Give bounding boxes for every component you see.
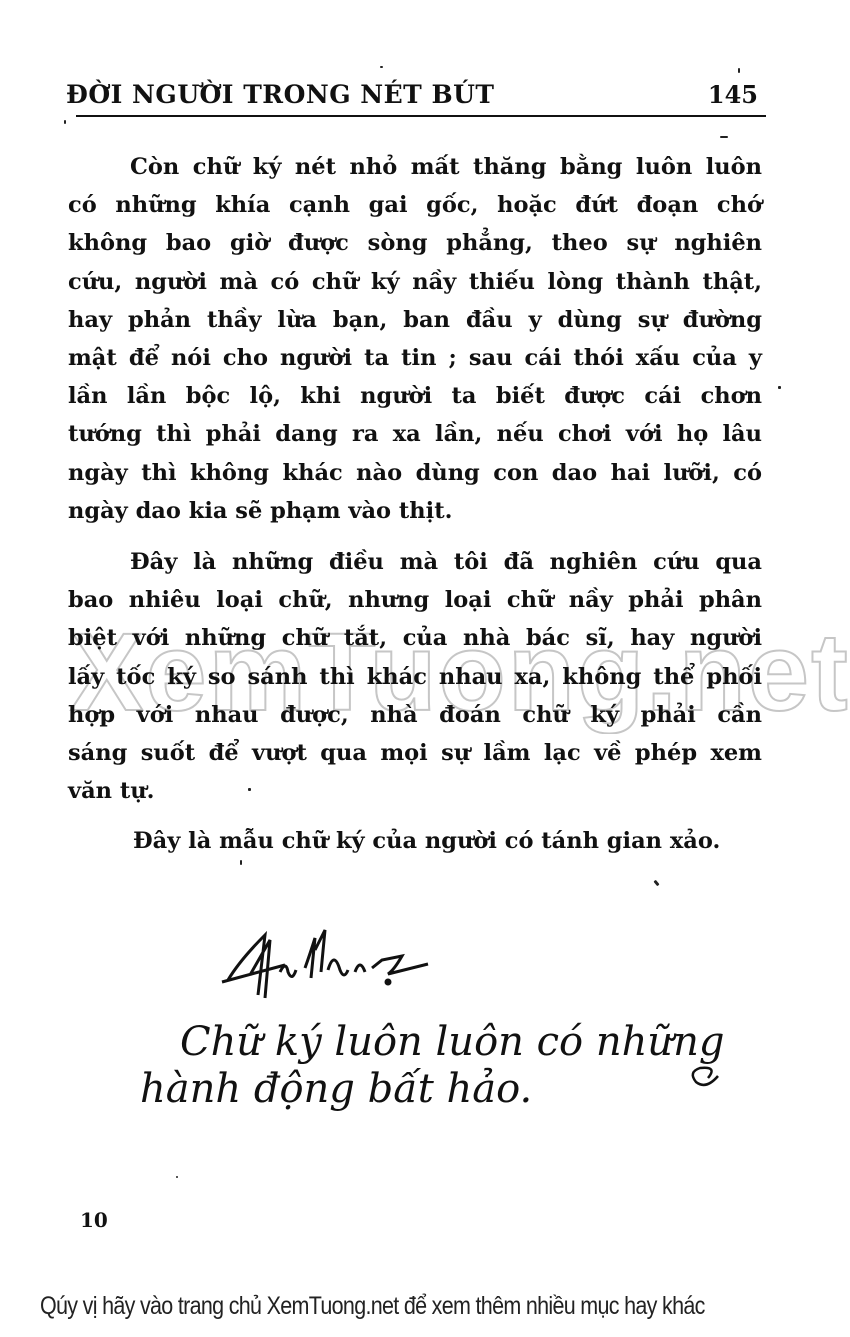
body-text: Còn chữ ký nét nhỏ mất thăng bằng luôn l… bbox=[68, 148, 762, 810]
text-line: sáng suốt để vượt qua mọi sự lầm lạc về … bbox=[68, 734, 762, 772]
text-line: ngày dao kia sẽ phạm vào thịt. bbox=[68, 492, 762, 530]
handwritten-note-line-1: Chữ ký luôn luôn có những bbox=[180, 1019, 724, 1065]
text-line: biệt với những chữ tắt, của nhà bác sĩ, … bbox=[68, 619, 762, 657]
handwriting-illustration: Chữ ký luôn luôn có những hành động bất … bbox=[110, 920, 750, 1130]
text-line: ngày thì không khác nào dùng con dao hai… bbox=[68, 454, 762, 492]
text-line: hay phản thầy lừa bạn, ban đầu y dùng sự… bbox=[68, 301, 762, 339]
folio-mark: 10 bbox=[80, 1208, 108, 1232]
header-rule bbox=[76, 115, 671, 117]
page-number: 145 bbox=[708, 80, 758, 109]
handwritten-note-line-2: hành động bất hảo. bbox=[140, 1066, 532, 1112]
text-line: cứu, người mà có chữ ký nầy thiếu lòng t… bbox=[68, 263, 762, 301]
scan-speck bbox=[248, 788, 251, 791]
text-line: Đây là những điều mà tôi đã nghiên cứu q… bbox=[68, 543, 762, 581]
scan-speck bbox=[240, 860, 242, 865]
scan-speck bbox=[778, 386, 781, 389]
footer-promo-text: Qúy vị hãy vào trang chủ XemTuong.net để… bbox=[40, 1292, 705, 1321]
running-head: ĐỜI NGƯỜI TRONG NÉT BÚT 145 bbox=[66, 80, 762, 116]
text-line: lần lần bộc lộ, khi người ta biết được c… bbox=[68, 377, 762, 415]
scanned-book-page: ĐỜI NGƯỜI TRONG NÉT BÚT 145 XemTuong.net… bbox=[0, 0, 850, 1337]
text-line: tướng thì phải dang ra xa lần, nếu chơi … bbox=[68, 415, 762, 453]
text-line: văn tự. bbox=[68, 772, 762, 810]
header-rule-right bbox=[656, 115, 766, 117]
text-line: không bao giờ được sòng phẳng, theo sự n… bbox=[68, 224, 762, 262]
handwritten-signature-sample: Chữ ký luôn luôn có những hành động bất … bbox=[110, 920, 750, 1130]
paragraph-1: Còn chữ ký nét nhỏ mất thăng bằng luôn l… bbox=[68, 148, 762, 530]
text-line: mật để nói cho người ta tin ; sau cái th… bbox=[68, 339, 762, 377]
text-line: lấy tốc ký so sánh thì khác nhau xa, khô… bbox=[68, 658, 762, 696]
scan-speck bbox=[176, 1176, 178, 1178]
scan-speck bbox=[738, 68, 740, 73]
text-line: bao nhiêu loại chữ, nhưng loại chữ nầy p… bbox=[68, 581, 762, 619]
book-title: ĐỜI NGƯỜI TRONG NÉT BÚT bbox=[66, 80, 495, 109]
text-line: Còn chữ ký nét nhỏ mất thăng bằng luôn l… bbox=[68, 148, 762, 186]
scan-speck bbox=[380, 66, 383, 68]
text-line: có những khía cạnh gai gốc, hoặc đứt đoạ… bbox=[68, 186, 762, 224]
text-line: hợp với nhau được, nhà đoán chữ ký phải … bbox=[68, 696, 762, 734]
sample-caption: Đây là mẫu chữ ký của người có tánh gian… bbox=[133, 828, 720, 854]
scan-speck bbox=[720, 136, 728, 138]
paragraph-2: Đây là những điều mà tôi đã nghiên cứu q… bbox=[68, 543, 762, 810]
scan-speck bbox=[64, 120, 66, 124]
scan-speck bbox=[653, 880, 659, 887]
